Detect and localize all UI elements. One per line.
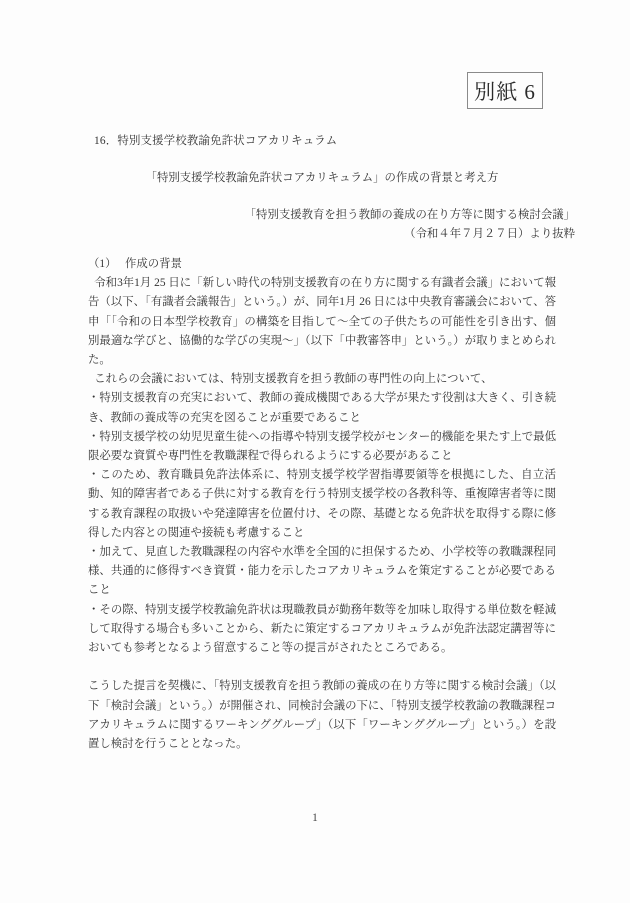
paragraph-background: 令和3年1月 25 日に「新しい時代の特別支援教育の在り方に関する有識者会議」に… bbox=[88, 274, 556, 370]
paragraph-intro: これらの会議においては、特別支援教育を担う教師の専門性の向上について、 bbox=[88, 370, 556, 389]
attachment-label-box: 別紙 6 bbox=[467, 72, 543, 109]
paragraph-conclusion: こうした提言を契機に、「特別支援教育を担う教師の養成の在り方等に関する検討会議」… bbox=[88, 677, 556, 754]
attachment-label: 別紙 6 bbox=[474, 76, 536, 106]
bullet-item: ・このため、教育職員免許法体系に、特別支援学校学習指導要領等を根拠にした、自立活… bbox=[88, 466, 556, 543]
subsection-heading: （1） 作成の背景 bbox=[88, 255, 556, 274]
page-number: 1 bbox=[0, 809, 630, 828]
document-body: （1） 作成の背景 令和3年1月 25 日に「新しい時代の特別支援教育の在り方に… bbox=[88, 255, 556, 754]
bullet-item: ・その際、特別支援学校教諭免許状は現職教員が勤務年数等を加味し取得する単位数を軽… bbox=[88, 601, 556, 659]
bullet-item: ・加えて、見直した教職課程の内容や水準を全国的に担保するため、小学校等の教職課程… bbox=[88, 543, 556, 601]
source-line-1: 「特別支援教育を担う教師の養成の在り方等に関する検討会議」 bbox=[88, 206, 575, 225]
source-attribution: 「特別支援教育を担う教師の養成の在り方等に関する検討会議」 （令和４年７月２７日… bbox=[88, 206, 575, 244]
section-heading: 16．特別支援学校教諭免許状コアカリキュラム bbox=[94, 132, 337, 151]
document-page: 別紙 6 16．特別支援学校教諭免許状コアカリキュラム 「特別支援学校教諭免許状… bbox=[0, 0, 630, 903]
source-line-2: （令和４年７月２７日）より抜粋 bbox=[88, 225, 575, 244]
document-title: 「特別支援学校教諭免許状コアカリキュラム」の作成の背景と考え方 bbox=[88, 169, 556, 188]
bullet-item: ・特別支援教育の充実において、教師の養成機関である大学が果たす役割は大きく、引き… bbox=[88, 389, 556, 427]
bullet-item: ・特別支援学校の幼児児童生徒への指導や特別支援学校がセンター的機能を果たす上で最… bbox=[88, 428, 556, 466]
